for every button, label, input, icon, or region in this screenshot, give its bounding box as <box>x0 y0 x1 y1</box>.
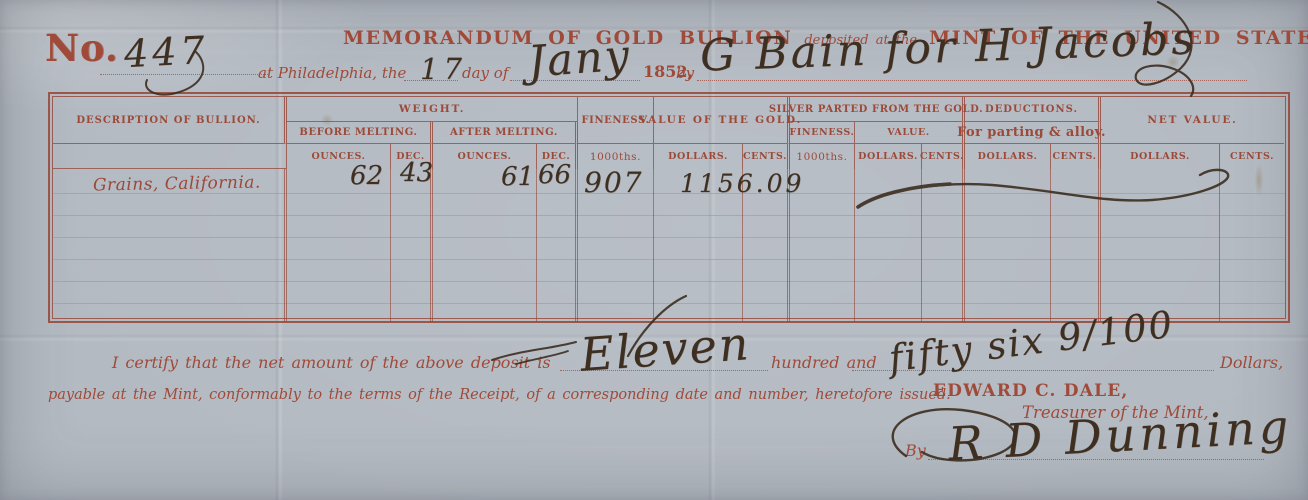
body-col-before-ounces <box>287 169 391 322</box>
place-prefix: at Philadelphia, the <box>258 64 406 82</box>
treasurer-name: EDWARD C. DALE, <box>933 381 1129 401</box>
row-fineness: 907 <box>584 166 643 199</box>
col-header-deductions: DEDUCTIONS. <box>965 97 1101 122</box>
row-description: Grains, California. <box>93 173 261 196</box>
dollars-label: Dollars, <box>1220 353 1283 372</box>
col-header-silver-dollars: DOLLARS. <box>855 144 922 169</box>
row-after-melting-dec: 66 <box>538 160 571 190</box>
body-col-silver-dollars <box>855 169 922 322</box>
col-header-silver-fineness: FINENESS. <box>790 122 855 144</box>
by-label: by <box>676 64 694 82</box>
col-header-silver-parted: SILVER PARTED FROM THE GOLD. <box>790 97 965 122</box>
row-before-melting-ounces: 62 <box>350 161 383 191</box>
row-before-melting-dec: 43 <box>400 158 433 188</box>
day-handwritten: 17 <box>420 52 467 86</box>
col-header-after-melting: AFTER MELTING. <box>433 122 578 144</box>
bullion-table-inner-border: DESCRIPTION OF BULLION. WEIGHT. FINENESS… <box>52 96 1286 319</box>
deposit-number-handwritten: 447 <box>123 28 210 76</box>
certify-prefix: I certify that the net amount of the abo… <box>112 353 551 372</box>
no-label: No. <box>45 26 119 70</box>
depositor-dotted-line <box>697 80 1247 81</box>
treasurer-signature-handwritten: R D Dunning <box>947 399 1294 471</box>
body-col-net-cents <box>1220 169 1284 322</box>
col-header-description-spacer <box>53 144 287 169</box>
amount-hundreds-handwritten: Eleven <box>578 316 752 382</box>
bullion-table-header: DESCRIPTION OF BULLION. WEIGHT. FINENESS… <box>53 97 1285 169</box>
depositor-handwritten: G Bain for H Jacobs <box>699 13 1197 81</box>
body-col-before-dec <box>391 169 433 322</box>
col-header-gold-dollars: DOLLARS. <box>654 144 743 169</box>
body-col-deduction-cents <box>1051 169 1101 322</box>
col-header-silver-cents: CENTS. <box>922 144 965 169</box>
memorandum-document: No. 447 MEMORANDUM OF GOLD BULLION depos… <box>0 0 1308 500</box>
day-of-label: day of <box>462 64 508 82</box>
by-signature-label: By <box>905 441 926 460</box>
row-gold-value: 1156.09 <box>680 169 804 198</box>
body-col-deduction-dollars <box>965 169 1051 322</box>
col-header-net-cents: CENTS. <box>1220 144 1284 169</box>
col-header-net-value: NET VALUE. <box>1101 97 1284 144</box>
col-header-silver-value: VALUE. <box>855 122 965 144</box>
body-col-net-dollars <box>1101 169 1220 322</box>
payable-line: payable at the Mint, conformably to the … <box>48 387 951 403</box>
row-after-melting-ounces: 61 <box>501 162 534 192</box>
col-header-deduction-dollars: DOLLARS. <box>965 144 1051 169</box>
col-header-net-dollars: DOLLARS. <box>1101 144 1220 169</box>
col-header-gold-cents: CENTS. <box>743 144 790 169</box>
col-header-deduction-cents: CENTS. <box>1051 144 1101 169</box>
month-handwritten: Jany <box>526 30 632 87</box>
body-col-after-dec <box>537 169 578 322</box>
col-header-silver-1000ths: 1000ths. <box>790 144 855 169</box>
col-header-description: DESCRIPTION OF BULLION. <box>53 97 287 144</box>
col-header-before-melting: BEFORE MELTING. <box>287 122 433 144</box>
col-header-for-parting-alloy: For parting & alloy. <box>965 122 1101 144</box>
col-header-weight: WEIGHT. <box>287 97 578 122</box>
bullion-table: DESCRIPTION OF BULLION. WEIGHT. FINENESS… <box>48 92 1290 323</box>
body-col-silver-cents <box>922 169 965 322</box>
hundred-and-label: hundred and <box>771 353 877 372</box>
